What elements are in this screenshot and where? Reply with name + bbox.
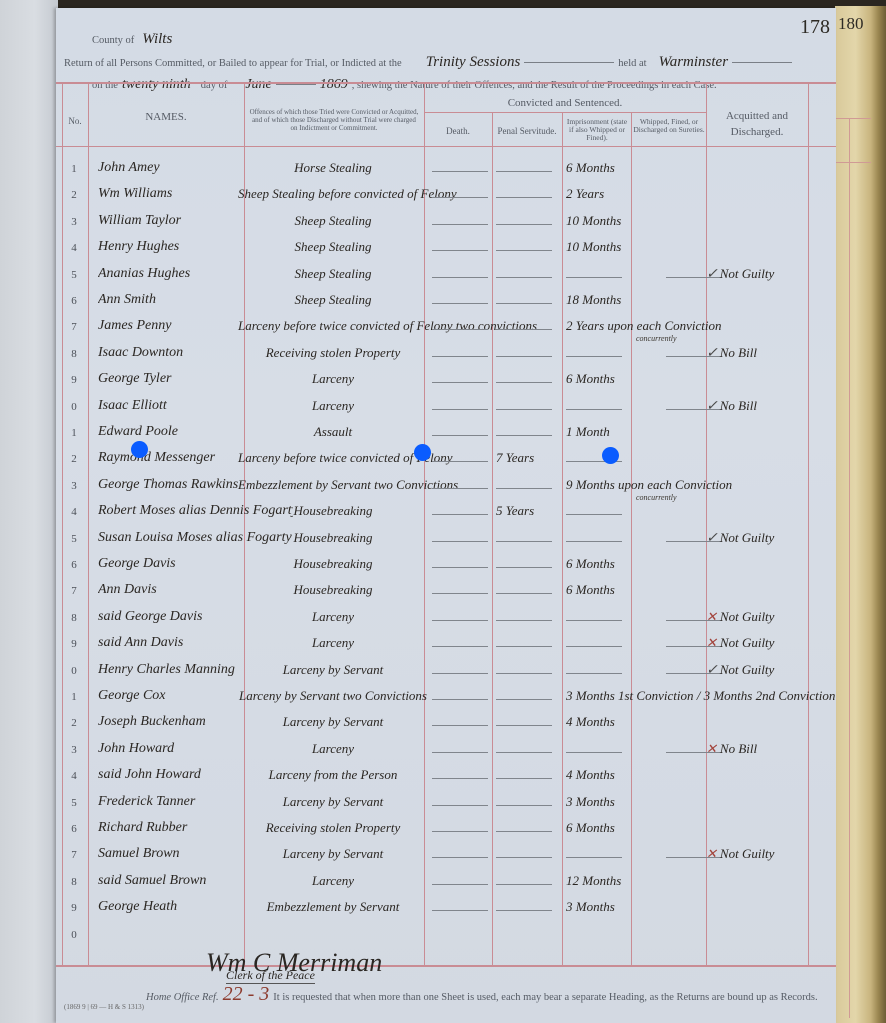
next-page-number: 180	[838, 14, 864, 34]
acquitted-cell: ✓Not Guilty	[706, 530, 826, 547]
penal-servitude-cell	[496, 213, 562, 225]
offence: Sheep Stealing	[238, 266, 428, 282]
clerk-title: Clerk of the Peace	[226, 968, 315, 984]
imprisonment-value: 10 Months	[566, 213, 621, 228]
verdict-value: Not Guilty	[720, 662, 775, 677]
column-header-penal-servitude: Penal Servitude.	[492, 126, 562, 136]
row-number: 9	[64, 902, 84, 914]
table-row: 7Samuel BrownLarceny by Servant✕Not Guil…	[56, 844, 836, 870]
column-header-names: NAMES.	[88, 112, 244, 122]
imprisonment-cell: 2 Years	[566, 186, 696, 202]
whipped-cell	[636, 646, 712, 647]
cross-mark-icon: ✕	[706, 609, 717, 624]
table-row: 2Joseph BuckenhamLarceny by Servant4 Mon…	[56, 712, 836, 738]
death-cell	[432, 910, 492, 911]
table-row: 4Robert Moses alias Dennis FogartyHouseb…	[56, 501, 836, 527]
acquitted-cell: ✓Not Guilty	[706, 662, 826, 679]
death-cell	[432, 435, 492, 436]
imprisonment-cell: 4 Months	[566, 714, 696, 730]
penal-servitude-cell	[496, 582, 562, 594]
penal-servitude-cell	[496, 662, 562, 674]
table-row: 8Isaac DowntonReceiving stolen Property✓…	[56, 343, 836, 369]
imprisonment-cell: 18 Months	[566, 292, 696, 308]
edge-rule	[835, 118, 871, 119]
return-form-page: 178 County of Wilts Return of all Person…	[56, 8, 836, 1023]
imprisonment-value: 3 Months	[566, 794, 615, 809]
row-number: 6	[64, 295, 84, 307]
row-number: 8	[64, 612, 84, 624]
verdict-value: Not Guilty	[720, 635, 775, 650]
death-cell	[432, 514, 492, 515]
verdict-value: Not Guilty	[720, 266, 775, 281]
penal-servitude-cell	[496, 186, 562, 198]
imprisonment-cell	[566, 503, 696, 515]
row-number: 2	[64, 189, 84, 201]
on-the-label: on the	[92, 80, 118, 91]
death-cell	[432, 857, 492, 858]
acquitted-cell: ✕Not Guilty	[706, 846, 826, 862]
imprisonment-value: 12 Months	[566, 873, 621, 888]
tick-mark-icon: ✓	[706, 346, 718, 361]
penal-servitude-cell	[496, 741, 562, 753]
imprisonment-value: 6 Months	[566, 820, 615, 835]
table-row: 9George HeathEmbezzlement by Servant3 Mo…	[56, 897, 836, 923]
date-line: on the twenty ninth day of June 1869 , s…	[92, 75, 717, 93]
death-cell	[432, 250, 492, 251]
row-number: 2	[64, 717, 84, 729]
cross-mark-icon: ✕	[706, 846, 717, 861]
table-row: 3George Thomas RawkinsEmbezzlement by Se…	[56, 475, 836, 501]
offence: Larceny by Servant	[238, 714, 428, 730]
imprisonment-cell: 3 Months 1st Conviction / 3 Months 2nd C…	[566, 688, 696, 704]
table-row: 5Frederick TannerLarceny by Servant3 Mon…	[56, 792, 836, 818]
row-number: 1	[64, 163, 84, 175]
imprisonment-cell: 12 Months	[566, 873, 696, 889]
offence: Receiving stolen Property	[238, 345, 428, 361]
imprisonment-value: 6 Months	[566, 160, 615, 175]
table-row: 6Ann SmithSheep Stealing18 Months	[56, 290, 836, 316]
row-number: 6	[64, 823, 84, 835]
imprisonment-cell: 3 Months	[566, 794, 696, 810]
penal-servitude-cell	[496, 160, 562, 172]
imprisonment-value: 2 Years upon each Conviction	[566, 318, 722, 333]
offence: Housebreaking	[238, 582, 428, 598]
column-header-acquitted: Acquitted and Discharged.	[712, 108, 802, 140]
imprisonment-cell: 6 Months	[566, 371, 696, 387]
imprisonment-value: 4 Months	[566, 714, 615, 729]
imprisonment-value: 6 Months	[566, 582, 615, 597]
table-row: 6George DavisHousebreaking6 Months	[56, 554, 836, 580]
death-cell	[432, 699, 492, 700]
imprisonment-value: 18 Months	[566, 292, 621, 307]
offence: Sheep Stealing	[238, 292, 428, 308]
year-value: 1869	[320, 77, 348, 92]
penal-servitude-cell	[496, 767, 562, 779]
imprisonment-cell	[566, 450, 696, 462]
offence: Larceny	[238, 371, 428, 387]
death-cell	[432, 329, 492, 330]
death-cell	[432, 673, 492, 674]
month-value: June	[245, 77, 271, 92]
table-row: 5Ananias HughesSheep Stealing✓Not Guilty	[56, 264, 836, 290]
whipped-cell	[636, 356, 712, 357]
row-number: 4	[64, 242, 84, 254]
table-row: 1George CoxLarceny by Servant two Convic…	[56, 686, 836, 712]
imprisonment-cell: 6 Months	[566, 582, 696, 598]
cross-mark-icon: ✕	[706, 741, 717, 756]
penal-servitude-cell	[496, 556, 562, 568]
death-cell	[432, 277, 492, 278]
table-row: 3William TaylorSheep Stealing10 Months	[56, 211, 836, 237]
column-header-no: No.	[62, 116, 88, 126]
penal-servitude-cell	[496, 899, 562, 911]
offence: Embezzlement by Servant	[238, 899, 428, 915]
penal-servitude-cell	[496, 266, 562, 278]
footer-note-line: Home Office Ref. 22 - 3 It is requested …	[146, 983, 818, 1006]
table-row: 9said Ann DavisLarceny✕Not Guilty	[56, 633, 836, 659]
day-value: twenty ninth	[122, 77, 191, 92]
day-of-label: day of	[201, 80, 228, 91]
whipped-cell	[636, 620, 712, 621]
offence: Sheep Stealing before convicted of Felon…	[238, 186, 428, 202]
place-value: Warminster	[659, 54, 728, 70]
return-text: Return of all Persons Committed, or Bail…	[64, 58, 402, 69]
acquitted-cell: ✕Not Guilty	[706, 635, 826, 651]
acquitted-cell: ✓No Bill	[706, 398, 826, 415]
penal-servitude-value: 5 Years	[496, 503, 534, 518]
penal-servitude-cell	[496, 714, 562, 726]
offence: Receiving stolen Property	[238, 820, 428, 836]
whipped-cell	[636, 277, 712, 278]
penal-servitude-cell	[496, 846, 562, 858]
penal-servitude-cell	[496, 371, 562, 383]
cross-mark-icon: ✕	[706, 635, 717, 650]
annotation-marker[interactable]	[602, 447, 619, 464]
imprisonment-cell: 1 Month	[566, 424, 696, 440]
column-header-whipped: Whipped, Fined, or Discharged on Suretie…	[633, 118, 705, 134]
imprisonment-value: 10 Months	[566, 239, 621, 254]
facing-page	[0, 0, 58, 1023]
offence: Horse Stealing	[238, 160, 428, 176]
imprisonment-value: 6 Months	[566, 371, 615, 386]
penal-servitude-cell	[496, 688, 562, 700]
penal-servitude-cell	[496, 398, 562, 410]
death-cell	[432, 409, 492, 410]
death-cell	[432, 303, 492, 304]
row-number: 5	[64, 269, 84, 281]
acquitted-cell: ✕No Bill	[706, 741, 826, 757]
offence: Larceny by Servant	[238, 662, 428, 678]
column-header-imprisonment: Imprisonment (state if also Whipped or F…	[564, 118, 630, 142]
imprisonment-cell: 10 Months	[566, 239, 696, 255]
table-row: 0Isaac ElliottLarceny✓No Bill	[56, 396, 836, 422]
table-row: 4Henry HughesSheep Stealing10 Months	[56, 237, 836, 263]
offence: Larceny by Servant	[238, 794, 428, 810]
annotation-marker[interactable]	[131, 441, 148, 458]
imprisonment-cell: 3 Months	[566, 899, 696, 915]
imprisonment-cell: 6 Months	[566, 160, 696, 176]
county-label: County of	[92, 35, 134, 46]
imprisonment-value: 4 Months	[566, 767, 615, 782]
offence: Larceny	[238, 741, 428, 757]
death-cell	[432, 752, 492, 753]
offence: Larceny by Servant	[238, 846, 428, 862]
table-row: 6Richard RubberReceiving stolen Property…	[56, 818, 836, 844]
row-number: 7	[64, 849, 84, 861]
penal-servitude-cell	[496, 477, 562, 489]
table-row: 5Susan Louisa Moses alias FogartyHousebr…	[56, 528, 836, 554]
death-cell	[432, 725, 492, 726]
death-cell	[432, 831, 492, 832]
offence: Larceny	[238, 398, 428, 414]
whipped-cell	[636, 541, 712, 542]
verdict-value: Not Guilty	[720, 846, 775, 861]
table-row: 2Wm WilliamsSheep Stealing before convic…	[56, 184, 836, 210]
row-number: 7	[64, 585, 84, 597]
penal-servitude-value: 7 Years	[496, 450, 534, 465]
tick-mark-icon: ✓	[706, 531, 718, 546]
table-row: 1John AmeyHorse Stealing6 Months	[56, 158, 836, 184]
home-office-reference: 22 - 3	[223, 983, 270, 1005]
penal-servitude-cell	[496, 292, 562, 304]
whipped-cell	[636, 673, 712, 674]
imprisonment-value: 3 Months	[566, 899, 615, 914]
imprisonment-cell: 2 Years upon each Convictionconcurrently	[566, 318, 696, 343]
imprisonment-value: 1 Month	[566, 424, 610, 439]
row-number: 4	[64, 770, 84, 782]
row-number: 5	[64, 533, 84, 545]
row-number: 1	[64, 427, 84, 439]
penal-servitude-cell	[496, 239, 562, 251]
penal-servitude-cell	[496, 794, 562, 806]
row-number: 9	[64, 638, 84, 650]
sessions-value: Trinity Sessions	[426, 54, 521, 70]
row-number: 3	[64, 744, 84, 756]
death-cell	[432, 567, 492, 568]
penal-servitude-cell: 7 Years	[496, 450, 562, 466]
row-number: 8	[64, 876, 84, 888]
verdict-value: No Bill	[720, 741, 757, 756]
penal-servitude-cell	[496, 424, 562, 436]
edge-rule	[835, 162, 871, 163]
offence: Embezzlement by Servant two Convictions	[238, 477, 428, 493]
row-number: 5	[64, 797, 84, 809]
table-row: 0	[56, 924, 836, 950]
row-number: 9	[64, 374, 84, 386]
home-office-label: Home Office Ref.	[146, 992, 219, 1003]
row-number: 8	[64, 348, 84, 360]
acquitted-cell: ✓Not Guilty	[706, 266, 826, 283]
verdict-value: No Bill	[720, 345, 757, 360]
imprisonment-cell: 9 Months upon each Convictionconcurrentl…	[566, 477, 696, 502]
death-cell	[432, 620, 492, 621]
death-cell	[432, 197, 492, 198]
verdict-value: Not Guilty	[720, 530, 775, 545]
offence: Assault	[238, 424, 428, 440]
whipped-cell	[636, 752, 712, 753]
page-number: 178	[800, 16, 830, 39]
annotation-marker[interactable]	[414, 444, 431, 461]
row-number: 0	[64, 929, 84, 941]
printer-line: (1869 9 | 69 — H & S 1313)	[64, 1003, 144, 1011]
penal-servitude-cell	[496, 635, 562, 647]
death-cell	[432, 646, 492, 647]
offence: Sheep Stealing	[238, 213, 428, 229]
acquitted-cell: ✓No Bill	[706, 345, 826, 362]
column-header-convicted: Convicted and Sentenced.	[424, 98, 706, 108]
row-number: 3	[64, 216, 84, 228]
death-cell	[432, 356, 492, 357]
death-cell	[432, 778, 492, 779]
acquitted-cell: ✕Not Guilty	[706, 609, 826, 625]
row-number: 4	[64, 506, 84, 518]
death-cell	[432, 593, 492, 594]
return-line: Return of all Persons Committed, or Bail…	[64, 53, 824, 71]
offence: Larceny before twice convicted of Felony…	[238, 318, 428, 334]
row-number: 6	[64, 559, 84, 571]
column-header-death: Death.	[424, 126, 492, 136]
penal-servitude-cell	[496, 318, 562, 330]
penal-servitude-cell	[496, 820, 562, 832]
verdict-value: Not Guilty	[720, 609, 775, 624]
row-number: 0	[64, 665, 84, 677]
row-number: 3	[64, 480, 84, 492]
imprisonment-cell: 4 Months	[566, 767, 696, 783]
held-at-label: held at	[618, 58, 646, 69]
imprisonment-value: 6 Months	[566, 556, 615, 571]
death-cell	[432, 382, 492, 383]
row-number: 0	[64, 401, 84, 413]
death-cell	[432, 488, 492, 489]
death-cell	[432, 224, 492, 225]
row-number: 2	[64, 453, 84, 465]
penal-servitude-cell	[496, 345, 562, 357]
table-row: 1Edward PooleAssault1 Month	[56, 422, 836, 448]
penal-servitude-cell: 5 Years	[496, 503, 562, 519]
table-row: 0Henry Charles ManningLarceny by Servant…	[56, 660, 836, 686]
table-row: 2Raymond MessengerLarceny before twice c…	[56, 448, 836, 474]
offence: Larceny	[238, 873, 428, 889]
tick-mark-icon: ✓	[706, 267, 718, 282]
table-row: 4said John HowardLarceny from the Person…	[56, 765, 836, 791]
county-line: County of Wilts	[92, 30, 172, 48]
offence: Larceny from the Person	[238, 767, 428, 783]
imprisonment-cell: 10 Months	[566, 213, 696, 229]
death-cell	[432, 805, 492, 806]
table-row: 8said Samuel BrownLarceny12 Months	[56, 871, 836, 897]
death-cell	[432, 171, 492, 172]
edge-rule	[849, 118, 850, 1018]
offence: Housebreaking	[238, 556, 428, 572]
table-row: 9George TylerLarceny6 Months	[56, 369, 836, 395]
death-cell	[432, 461, 492, 462]
tick-mark-icon: ✓	[706, 663, 718, 678]
tick-mark-icon: ✓	[706, 399, 718, 414]
row-number: 1	[64, 691, 84, 703]
showing-text: , shewing the Nature of their Offences, …	[352, 80, 717, 91]
imprisonment-value: 3 Months 1st Conviction / 3 Months 2nd C…	[566, 688, 835, 703]
penal-servitude-cell	[496, 873, 562, 885]
offence: Larceny before twice convicted of Felony	[238, 450, 428, 466]
offence: Larceny	[238, 609, 428, 625]
row-number: 7	[64, 321, 84, 333]
penal-servitude-cell	[496, 609, 562, 621]
verdict-value: No Bill	[720, 398, 757, 413]
book-page-edges	[835, 6, 886, 1023]
table-row: 8said George DavisLarceny✕Not Guilty	[56, 607, 836, 633]
table-row: 7Ann DavisHousebreaking6 Months	[56, 580, 836, 606]
table-row: 7James PennyLarceny before twice convict…	[56, 316, 836, 342]
offence: Larceny by Servant two Convictions	[238, 688, 428, 704]
column-header-offences: Offences of which those Tried were Convi…	[248, 108, 420, 132]
death-cell	[432, 541, 492, 542]
offence: Larceny	[238, 635, 428, 651]
footer-note: It is requested that when more than one …	[273, 992, 817, 1003]
whipped-cell	[636, 857, 712, 858]
imprisonment-cell: 6 Months	[566, 820, 696, 836]
imprisonment-value: 2 Years	[566, 186, 604, 201]
offence: Housebreaking	[238, 503, 428, 519]
imprisonment-value: 9 Months upon each Conviction	[566, 477, 732, 492]
whipped-cell	[636, 409, 712, 410]
death-cell	[432, 884, 492, 885]
table-row: 3John HowardLarceny✕No Bill	[56, 739, 836, 765]
county-value: Wilts	[142, 31, 172, 47]
offence: Housebreaking	[238, 530, 428, 546]
imprisonment-cell: 6 Months	[566, 556, 696, 572]
penal-servitude-cell	[496, 530, 562, 542]
offence: Sheep Stealing	[238, 239, 428, 255]
